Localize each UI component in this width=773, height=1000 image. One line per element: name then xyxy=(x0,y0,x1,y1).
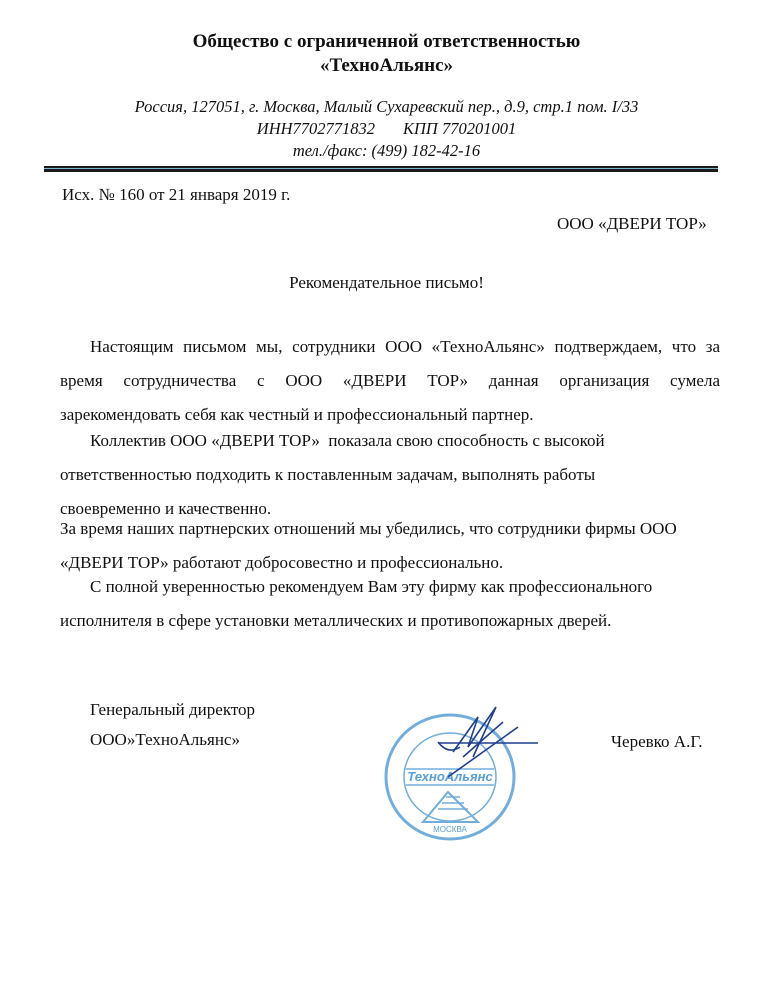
seal-icon: ТехноАльянс МОСКВА xyxy=(378,697,538,847)
text-line: ответственностью подходить к поставленны… xyxy=(60,458,720,492)
text-line: С полной уверенностью рекомендуем Вам эт… xyxy=(60,570,720,604)
text-line: Настоящим письмом мы, сотрудники ООО «Те… xyxy=(60,330,720,364)
letter-title: Рекомендательное письмо! xyxy=(0,271,773,295)
org-name-line2: «ТехноАльянс» xyxy=(0,54,773,78)
signatory-name: Черевко А.Г. xyxy=(611,730,703,754)
body-paragraph-4: С полной уверенностью рекомендуем Вам эт… xyxy=(60,570,720,638)
text-line: время сотрудничества с ООО «ДВЕРИ ТОР» д… xyxy=(60,364,720,398)
letterhead-divider xyxy=(44,166,718,173)
org-phone: тел./факс: (499) 182-42-16 xyxy=(0,140,773,162)
text-line: За время наших партнерских отношений мы … xyxy=(60,512,720,546)
text-line: Коллектив ООО «ДВЕРИ ТОР» показала свою … xyxy=(60,424,720,458)
org-address: Россия, 127051, г. Москва, Малый Сухарев… xyxy=(0,96,773,118)
outgoing-reference: Исх. № 160 от 21 января 2019 г. xyxy=(62,183,290,207)
kpp: КПП 770201001 xyxy=(403,119,516,138)
body-paragraph-1: Настоящим письмом мы, сотрудники ООО «Те… xyxy=(60,330,720,432)
signatory-company: ООО»ТехноАльянс» xyxy=(90,728,240,752)
body-paragraph-2: Коллектив ООО «ДВЕРИ ТОР» показала свою … xyxy=(60,424,720,526)
text-line: исполнителя в сфере установки металличес… xyxy=(60,604,720,638)
svg-text:МОСКВА: МОСКВА xyxy=(433,825,467,834)
svg-text:ТехноАльянс: ТехноАльянс xyxy=(407,769,493,784)
recipient: ООО «ДВЕРИ ТОР» xyxy=(557,212,707,236)
org-tax-ids: ИНН7702771832КПП 770201001 xyxy=(0,118,773,140)
org-name-line1: Общество с ограниченной ответственностью xyxy=(0,30,773,54)
inn: ИНН7702771832 xyxy=(257,119,375,138)
company-seal-stamp: ТехноАльянс МОСКВА xyxy=(378,697,538,847)
signatory-position: Генеральный директор xyxy=(90,698,255,722)
